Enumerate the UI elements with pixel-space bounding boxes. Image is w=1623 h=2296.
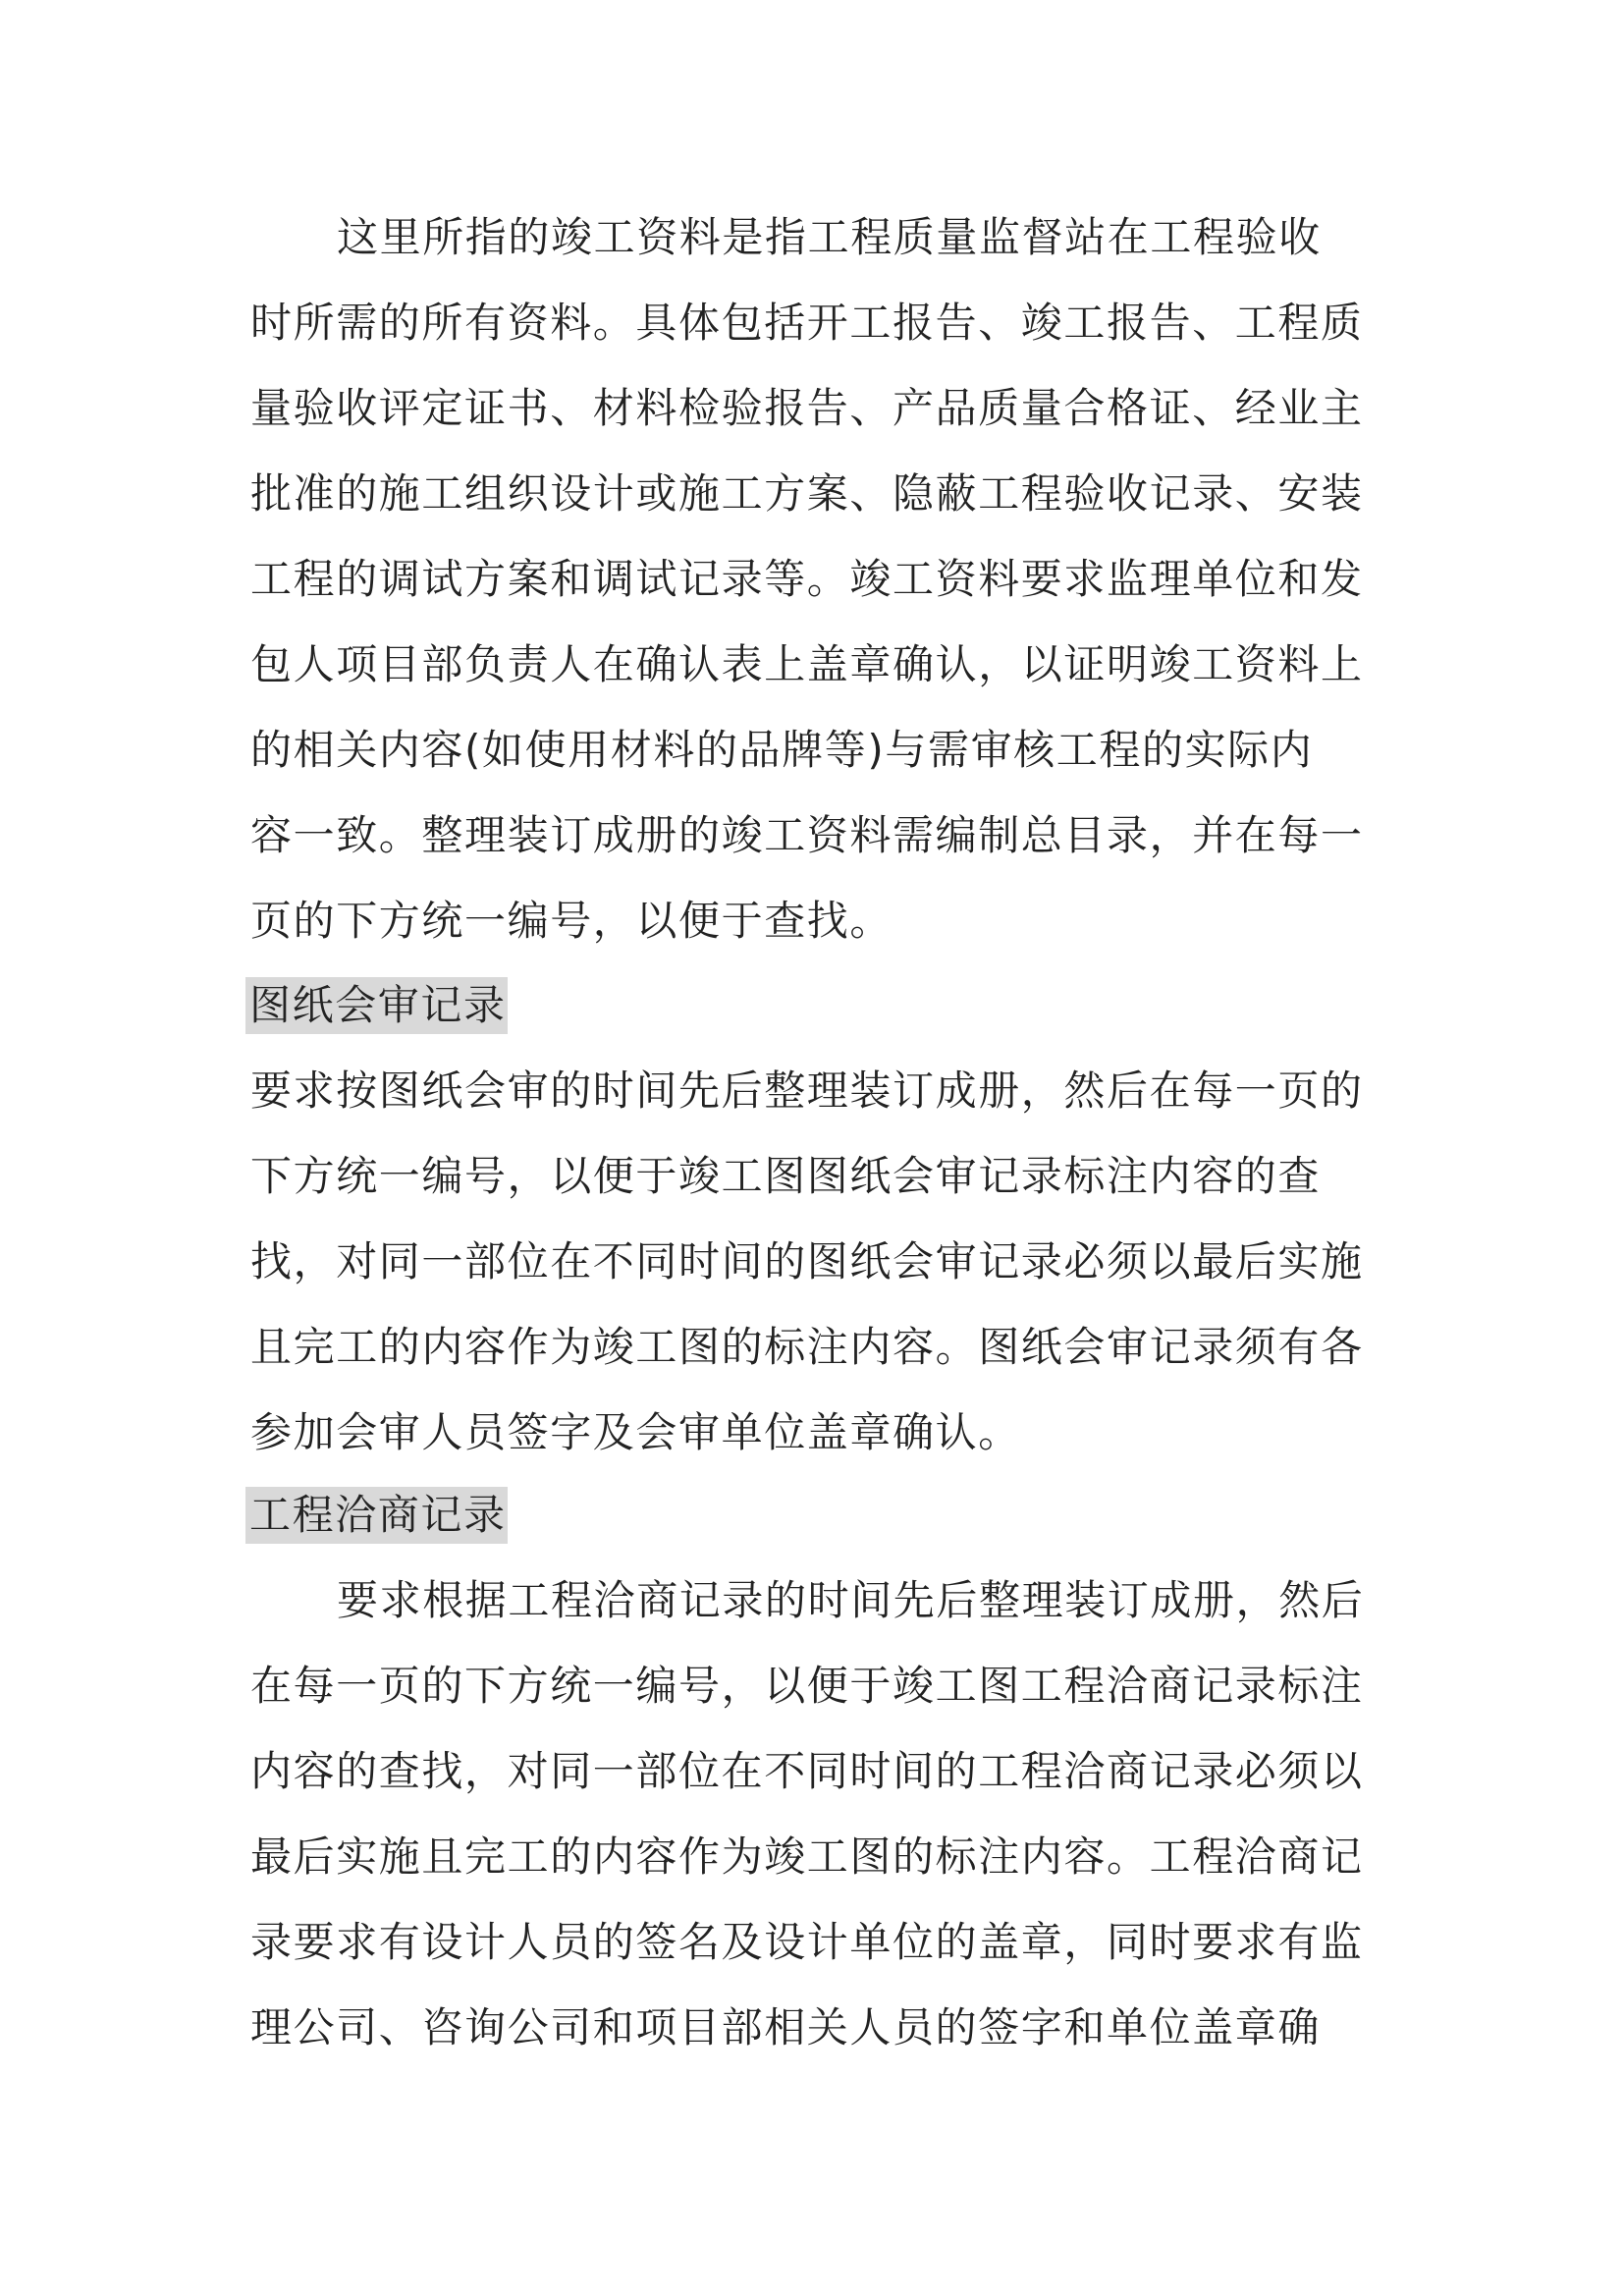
paragraph-line: 时所需的所有资料。具体包括开工报告、竣工报告、工程质: [250, 298, 1364, 349]
paragraph-line: 要求按图纸会审的时间先后整理装订成册，然后在每一页的: [250, 1066, 1364, 1117]
paragraph-line: 要求根据工程洽商记录的时间先后整理装订成册，然后: [337, 1575, 1364, 1626]
paragraph-line: 内容的查找，对同一部位在不同时间的工程洽商记录必须以: [250, 1746, 1364, 1797]
paragraph-line: 录要求有设计人员的签名及设计单位的盖章，同时要求有监: [250, 1917, 1364, 1968]
paragraph-line: 参加会审人员签字及会审单位盖章确认。: [250, 1407, 1021, 1458]
paragraph-line: 容一致。整理装订成册的竣工资料需编制总目录，并在每一: [250, 810, 1364, 861]
paragraph-line: 工程的调试方案和调试记录等。竣工资料要求监理单位和发: [250, 554, 1364, 605]
section-heading-drawing-review: 图纸会审记录: [245, 977, 508, 1034]
section-heading-engineering-negotiation: 工程洽商记录: [245, 1487, 508, 1544]
paragraph-line: 理公司、咨询公司和项目部相关人员的签字和单位盖章确: [250, 2002, 1321, 2053]
paragraph-line: 这里所指的竣工资料是指工程质量监督站在工程验收: [337, 212, 1322, 263]
paragraph-line: 在每一页的下方统一编号，以便于竣工图工程洽商记录标注: [250, 1661, 1364, 1712]
paragraph-line: 最后实施且完工的内容作为竣工图的标注内容。工程洽商记: [250, 1831, 1364, 1883]
paragraph-line: 量验收评定证书、材料检验报告、产品质量合格证、经业主: [250, 383, 1364, 434]
paragraph-line: 的相关内容(如使用材料的品牌等)与需审核工程的实际内: [250, 725, 1313, 776]
paragraph-line: 页的下方统一编号，以便于查找。: [250, 896, 893, 947]
paragraph-line: 批准的施工组织设计或施工方案、隐蔽工程验收记录、安装: [250, 468, 1364, 519]
paragraph-line: 下方统一编号，以便于竣工图图纸会审记录标注内容的查: [250, 1151, 1321, 1202]
paragraph-line: 包人项目部负责人在确认表上盖章确认，以证明竣工资料上: [250, 639, 1364, 690]
document-page: 这里所指的竣工资料是指工程质量监督站在工程验收 时所需的所有资料。具体包括开工报…: [0, 0, 1623, 2296]
paragraph-line: 且完工的内容作为竣工图的标注内容。图纸会审记录须有各: [250, 1322, 1364, 1373]
paragraph-line: 找，对同一部位在不同时间的图纸会审记录必须以最后实施: [250, 1236, 1364, 1287]
